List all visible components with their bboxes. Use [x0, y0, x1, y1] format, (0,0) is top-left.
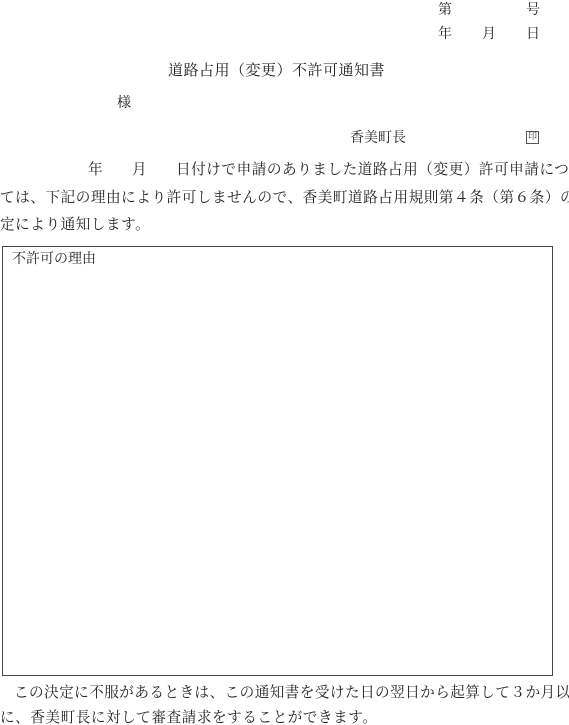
issuer-name: 香美町長 — [350, 131, 406, 145]
body-month: 月 — [132, 163, 147, 178]
seal-icon: 印 — [526, 131, 539, 144]
number-suffix: 号 — [526, 3, 540, 17]
body-line-1-text: 日付けで申請のありました道路占用（変更）許可申請につい — [176, 163, 569, 178]
reason-box[interactable]: 不許可の理由 — [2, 246, 553, 676]
number-prefix: 第 — [438, 3, 452, 17]
body-line-3: 定により通知します。 — [0, 218, 569, 233]
date-month: 月 — [482, 27, 496, 41]
date-year: 年 — [438, 27, 452, 41]
reason-label: 不許可の理由 — [12, 252, 96, 266]
body-year: 年 — [88, 163, 103, 178]
date-day: 日 — [526, 27, 540, 41]
body-line-2: ては、下記の理由により許可しませんので、香美町道路占用規則第４条（第６条）の規 — [0, 191, 569, 206]
addressee-honorific: 様 — [117, 96, 131, 110]
document-title: 道路占用（変更）不許可通知書 — [168, 63, 385, 78]
footer-line-2: に、香美町長に対して審査請求をすることができます。 — [0, 711, 569, 725]
footer-line-1: この決定に不服があるときは、この通知書を受けた日の翌日から起算して３か月以内 — [14, 686, 569, 701]
